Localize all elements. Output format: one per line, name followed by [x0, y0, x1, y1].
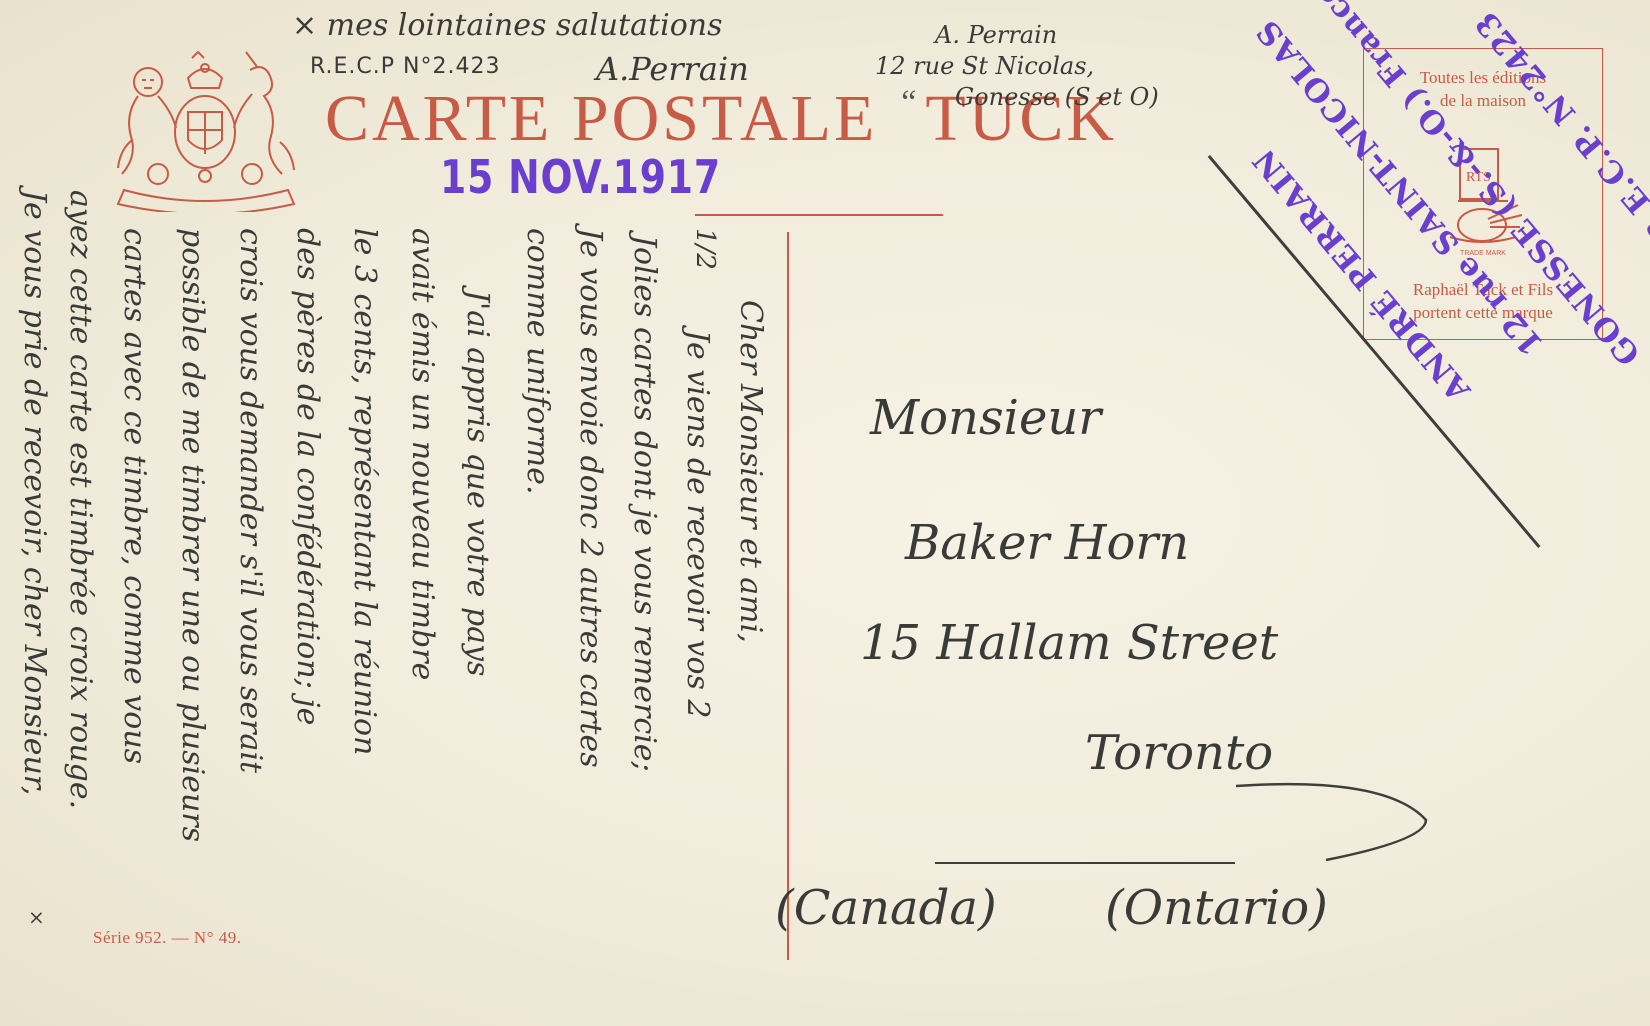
address-salutation: Monsieur: [870, 390, 1101, 446]
address-street: 15 Hallam Street: [860, 615, 1278, 671]
sender-cachet-stamp: ANDRÉ PERRAIN 12 rue SAINT-NICOLAS GONES…: [1235, 0, 1650, 420]
sender-name: A. Perrain: [875, 20, 1159, 51]
message-line: crois vous demander s'il vous serait: [233, 228, 268, 773]
handwritten-message: 1/2 Cher Monsieur et ami, Je viens de re…: [0, 0, 790, 1026]
message-line: Cher Monsieur et ami,: [733, 300, 768, 643]
message-line: Jolies cartes dont je vous remercie;: [627, 235, 662, 772]
message-line: comme uniforme.: [520, 228, 555, 495]
postcard-back: CARTE POSTALE“TUCK × mes lointaines salu…: [0, 0, 1650, 1026]
address-underline: [935, 862, 1235, 864]
message-line: Je vous prie de recevoir, cher Monsieur,: [17, 190, 52, 795]
message-line: des pères de la confédération; je: [290, 228, 325, 725]
message-page-marker: 1/2: [690, 228, 720, 270]
message-line: cartes avec ce timbre, comme vous: [117, 228, 152, 764]
sender-town: Gonesse (S et O): [875, 82, 1159, 113]
cachet-line-town: GONESSE (S.-&-O.) France: [1306, 0, 1648, 372]
message-line: J'ai appris que votre pays: [460, 290, 495, 676]
message-line: Je vous envoie donc 2 autres cartes: [573, 228, 608, 768]
message-line: possible de me timbrer une ou plusieurs: [175, 228, 210, 842]
address-recipient-name: Baker Horn: [905, 515, 1189, 571]
x-mark: ×: [28, 905, 45, 929]
cachet-line-name: ANDRÉ PERRAIN: [1246, 141, 1478, 408]
address-province: (Ontario): [1105, 880, 1328, 936]
address-country: (Canada): [775, 880, 997, 936]
message-line: le 3 cents, représentant la réunion: [347, 228, 382, 755]
underline-flourish: [1230, 770, 1430, 870]
message-line: ayez cette carte est timbrée croix rouge…: [63, 190, 98, 809]
series-number: Série 952. — N° 49.: [93, 928, 242, 948]
sender-address-block: A. Perrain 12 rue St Nicolas, Gonesse (S…: [875, 20, 1159, 114]
message-line: Je viens de recevoir vos 2: [680, 330, 715, 719]
sender-street: 12 rue St Nicolas,: [875, 51, 1159, 82]
message-line: avait émis un nouveau timbre: [405, 228, 440, 680]
